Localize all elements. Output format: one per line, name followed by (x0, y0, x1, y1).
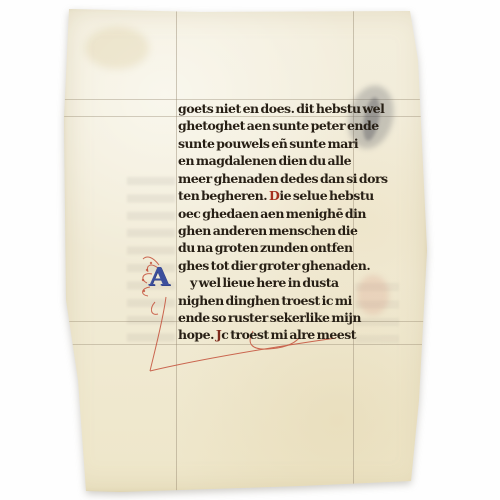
manuscript-line: en magdalenen dien du alle (178, 152, 358, 169)
illuminated-initial-A: A (149, 264, 179, 293)
ruling-line-vertical-left (176, 9, 177, 492)
manuscript-line: y wel lieue here in dusta (178, 274, 358, 291)
photo-background: A goets niet en does. dit hebstu wel ghe… (0, 0, 500, 500)
manuscript-line: goets niet en does. dit hebstu wel (178, 100, 358, 117)
manuscript-line: oec ghedaen aen menighē din (178, 205, 358, 222)
manuscript-line: du na groten zunden ontfen (178, 239, 358, 256)
rubric-initial-D: D (269, 188, 279, 203)
manuscript-line: ghen anderen menschen die (178, 222, 358, 239)
manuscript-line: ghes tot dier groter ghenaden. (178, 257, 358, 274)
text-block: goets niet en does. dit hebstu wel gheto… (178, 100, 358, 344)
leaf-shadow: A goets niet en does. dit hebstu wel ghe… (0, 0, 500, 500)
parchment-stain (85, 27, 149, 69)
ruling-line-horizontal-bottom-2 (63, 344, 428, 345)
manuscript-line: sunte pouwels eñ sunte mari (178, 135, 358, 152)
manuscript-line: ten begheren. Die selue hebstu (178, 187, 358, 204)
manuscript-line: ghetoghet aen sunte peter ende (178, 117, 358, 134)
manuscript-line: nighen dinghen troest ic mi (178, 292, 358, 309)
manuscript-line: hope. Jc troest mi alre meest (178, 326, 358, 343)
manuscript-leaf: A goets niet en does. dit hebstu wel ghe… (63, 7, 428, 493)
penwork-showthrough (357, 275, 389, 315)
manuscript-line: meer ghenaden dedes dan si dors (178, 170, 358, 187)
verso-text-showthrough-right (355, 283, 399, 347)
manuscript-line: ende so ruster sekerlike mijn (178, 309, 358, 326)
